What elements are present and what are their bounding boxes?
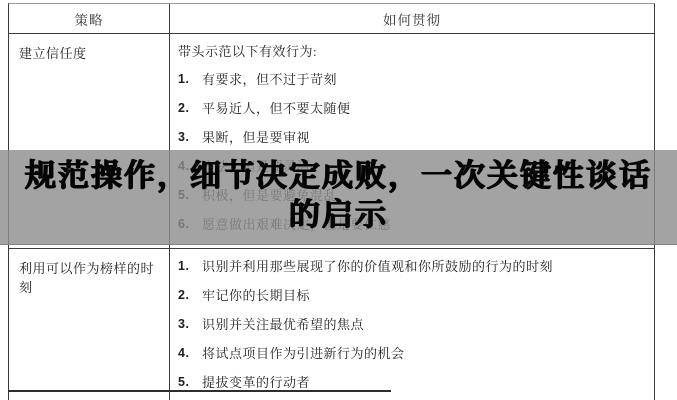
page: 策略 如何贯彻 建立信任度 带头示范以下有效行为: 1. 有要求，但不过于苛刻 … [0, 0, 677, 400]
list-item: 3. 识别并关注最优希望的焦点 [178, 316, 648, 333]
list-item: 3. 果断，但是要审视 [178, 129, 648, 146]
table-header-row: 策略 如何贯彻 [9, 4, 654, 34]
header-cell-how-to: 如何贯彻 [170, 4, 654, 33]
table-bottom-partial-border [8, 390, 391, 392]
list-item: 5. 提拔变革的行动者 [178, 374, 648, 391]
list-item: 2. 平易近人，但不要太随便 [178, 100, 648, 117]
item-number: 1. [178, 71, 202, 88]
strategy-cell: 利用可以作为榜样的时刻 [9, 249, 170, 400]
headline-overlay: 规范操作，细节决定成败，一次关键性谈话 的启示 [0, 150, 677, 245]
item-text: 将试点项目作为引进新行为的机会 [202, 345, 405, 362]
item-text: 牢记你的长期目标 [202, 287, 310, 304]
item-text: 果断，但是要审视 [202, 129, 310, 146]
item-text: 提拔变革的行动者 [202, 374, 310, 391]
list-item: 1. 识别并利用那些展现了你的价值观和你所鼓励的行为的时刻 [178, 258, 648, 275]
list-item: 1. 有要求，但不过于苛刻 [178, 71, 648, 88]
item-number: 2. [178, 287, 202, 304]
list-item: 4. 将试点项目作为引进新行为的机会 [178, 345, 648, 362]
item-number: 5. [178, 374, 202, 391]
headline-line-2: 的启示 [289, 196, 388, 235]
item-number: 4. [178, 345, 202, 362]
headline-line-1: 规范操作，细节决定成败，一次关键性谈话 [25, 157, 652, 196]
table-row-model-moments: 利用可以作为榜样的时刻 1. 识别并利用那些展现了你的价值观和你所鼓励的行为的时… [9, 249, 654, 400]
detail-cell: 1. 识别并利用那些展现了你的价值观和你所鼓励的行为的时刻 2. 牢记你的长期目… [170, 249, 654, 400]
item-text: 平易近人，但不要太随便 [202, 100, 351, 117]
item-text: 识别并利用那些展现了你的价值观和你所鼓励的行为的时刻 [202, 258, 553, 275]
item-text: 识别并关注最优希望的焦点 [202, 316, 364, 333]
item-number: 3. [178, 316, 202, 333]
item-text: 有要求，但不过于苛刻 [202, 71, 337, 88]
item-number: 1. [178, 258, 202, 275]
item-number: 3. [178, 129, 202, 146]
lead-text: 带头示范以下有效行为: [178, 43, 648, 60]
header-cell-strategy: 策略 [9, 4, 170, 33]
list-item: 2. 牢记你的长期目标 [178, 287, 648, 304]
item-number: 2. [178, 100, 202, 117]
